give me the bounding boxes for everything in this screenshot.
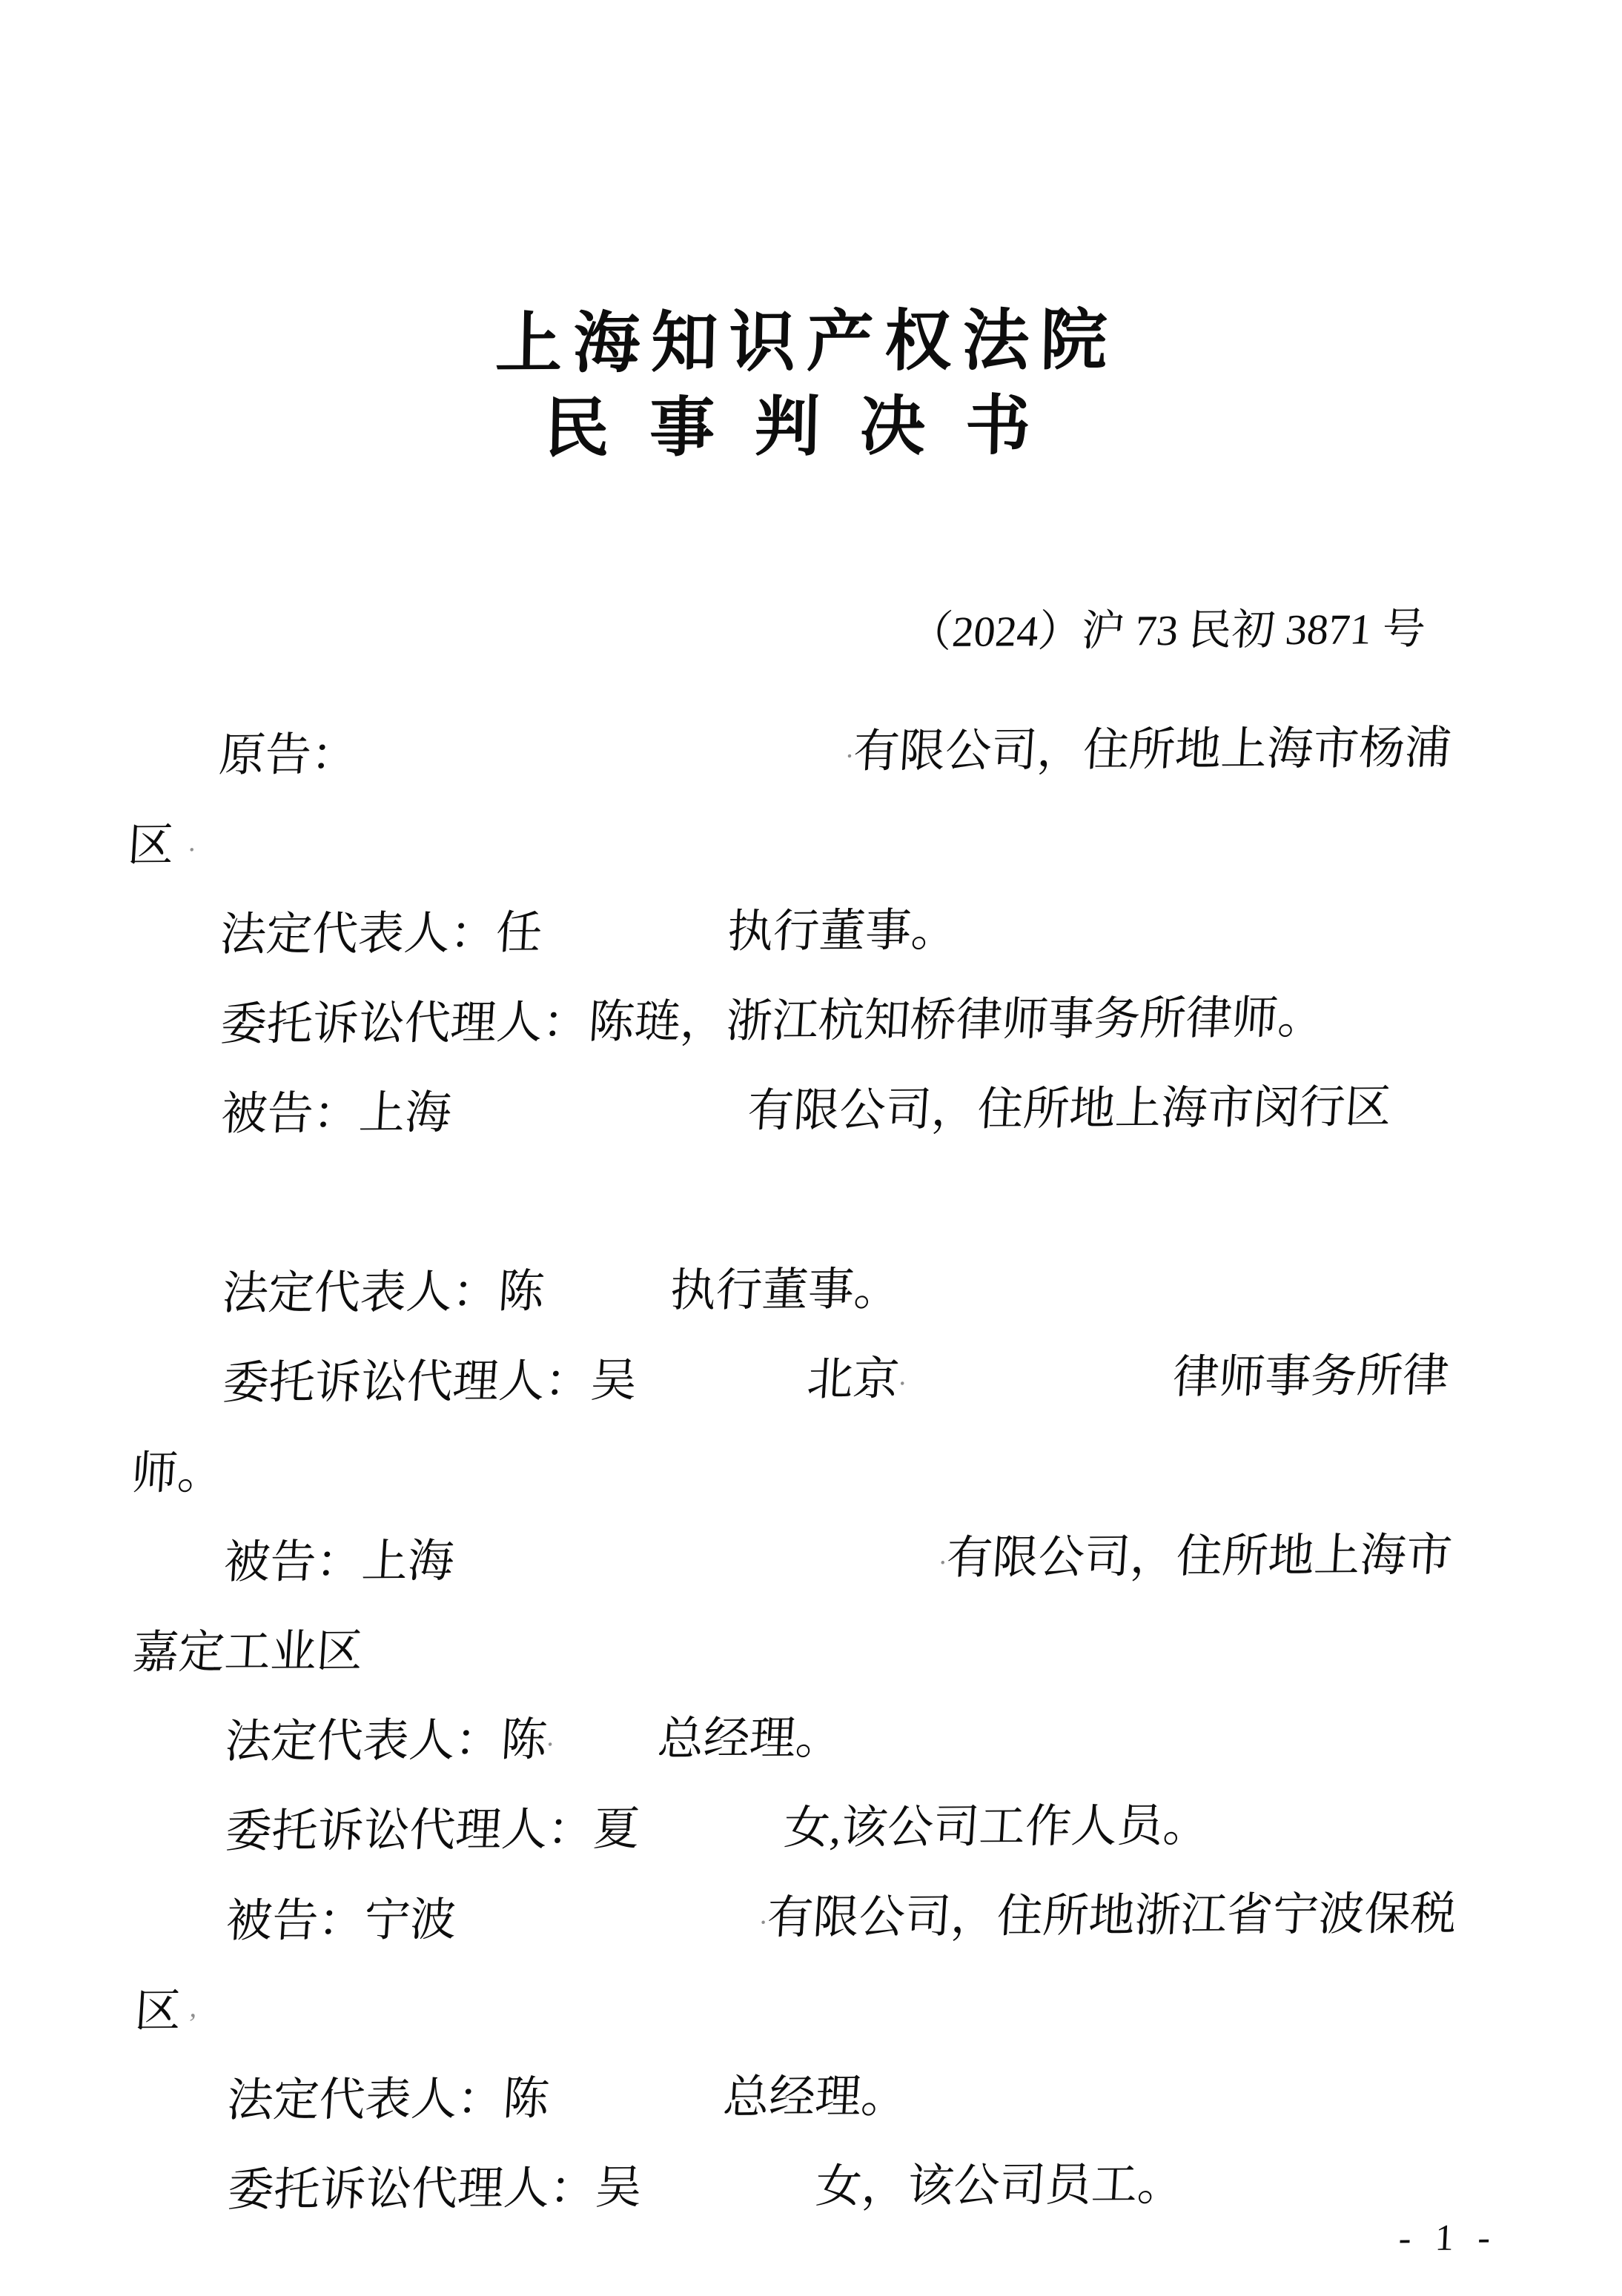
text-segment: 区 [133, 1985, 183, 2039]
text-segment: 有限公司，住所地上海市杨浦 [852, 723, 1453, 779]
redaction-gap [542, 932, 727, 935]
document-line: 原告：.有限公司，住所地上海市杨浦 [125, 700, 1523, 798]
text-segment: 法定代表人：陈 [223, 1714, 549, 1769]
redaction-gap [637, 1380, 807, 1381]
text-segment: 总经理。 [721, 2071, 909, 2125]
text-segment: 总经理。 [656, 1713, 844, 1767]
document-line: 被告：宁波.有限公司，住所地浙江省宁波保税 [132, 1865, 1530, 1964]
court-name-title: 上海知识产权法院 [0, 305, 1618, 381]
text-segment: 执行董事。 [726, 905, 959, 959]
text-segment: 有限公司，住所地上海市闵行区 [746, 1081, 1393, 1138]
text-segment: 执行董事。 [669, 1264, 902, 1318]
redaction-remnant-mark: . [188, 828, 196, 856]
document-line: 法定代表人：陈执行董事。 [128, 1238, 1526, 1336]
text-segment: 法定代表人：陈 [225, 2073, 551, 2128]
document-line: 委托诉讼代理人：吴北京.律师事务所律 [128, 1327, 1526, 1426]
text-segment: 被告：上海 [222, 1536, 456, 1590]
document-type-title: 民事判决书 [0, 391, 1619, 465]
text-segment: 法定代表人：任 [219, 907, 544, 962]
document-line: 师。 [129, 1417, 1527, 1516]
redaction-gap [641, 2187, 815, 2189]
text-segment: 委托诉讼代理人：陈琏，浙江杭知桥律师事务所律师。 [219, 992, 1326, 1052]
text-segment: 律师事务所律 [1171, 1350, 1451, 1405]
redaction-gap [544, 1291, 670, 1293]
text-segment: 女,该公司工作人员。 [782, 1800, 1211, 1856]
text-segment: 有限公司，住所地浙江省宁波保税 [765, 1888, 1458, 1945]
redaction-remnant-mark: . [546, 1722, 555, 1751]
document-body: 原告：.有限公司，住所地上海市杨浦区.法定代表人：任执行董事。委托诉讼代理人：陈… [124, 700, 1526, 2232]
redaction-gap [639, 1829, 784, 1831]
text-segment: 委托诉讼代理人：夏 [224, 1804, 641, 1859]
document-line: 区, [132, 1955, 1530, 2054]
redaction-gap [451, 1112, 748, 1114]
redaction-gap [181, 2011, 190, 2012]
redaction-gap [173, 846, 188, 846]
text-segment: 女，该公司员工。 [814, 2159, 1185, 2214]
document-line: 嘉定工业区 [130, 1596, 1528, 1695]
document-line: 委托诉讼代理人：夏女,该公司工作人员。 [131, 1776, 1529, 1874]
document-line [128, 1148, 1526, 1247]
redaction-gap [456, 1919, 760, 1922]
text-segment: 北京 [805, 1353, 901, 1407]
judgment-page: 上海知识产权法院 民事判决书 （2024）沪 73 民初 3871 号 原告：.… [0, 0, 1622, 2296]
redaction-remnant-mark: . [898, 1361, 907, 1390]
redaction-gap [454, 1559, 939, 1562]
text-segment: 被告：宁波 [225, 1894, 458, 1948]
redaction-gap [906, 1378, 1173, 1380]
redaction-gap [549, 2098, 724, 2100]
text-segment: 区 [126, 820, 176, 873]
document-line: 委托诉讼代理人：吴女，该公司员工。 [133, 2134, 1532, 2233]
text-segment: 法定代表人：陈 [221, 1266, 546, 1321]
document-line: 被告：上海.有限公司，住所地上海市 [130, 1507, 1528, 1605]
text-segment: 师。 [130, 1447, 225, 1501]
text-segment: 嘉定工业区 [131, 1626, 365, 1680]
text-segment: 委托诉讼代理人：吴 [221, 1356, 638, 1411]
text-segment: 有限公司，住所地上海市 [944, 1530, 1454, 1585]
document-line: 区. [125, 789, 1523, 888]
document-line: 委托诉讼代理人：陈琏，浙江杭知桥律师事务所律师。 [126, 969, 1524, 1067]
text-segment: 被告：上海 [219, 1087, 453, 1141]
document-line: 法定代表人：任执行董事。 [126, 879, 1524, 978]
page-number: - 1 - [1397, 2215, 1498, 2259]
document-line: 法定代表人：陈.总经理。 [130, 1686, 1529, 1785]
document-line: 法定代表人：陈总经理。 [133, 2045, 1531, 2143]
scanned-page-content: 上海知识产权法院 民事判决书 （2024）沪 73 民初 3871 号 原告：.… [0, 0, 1622, 2296]
redaction-gap [357, 752, 847, 756]
document-line: 被告：上海有限公司，住所地上海市闵行区 [127, 1058, 1525, 1157]
case-number: （2024）沪 73 民初 3871 号 [907, 605, 1427, 656]
text-segment: 委托诉讼代理人：吴 [226, 2163, 643, 2218]
text-segment: 原告： [217, 729, 359, 783]
redaction-remnant-mark: , [189, 1994, 198, 2022]
redaction-gap [554, 1740, 658, 1742]
